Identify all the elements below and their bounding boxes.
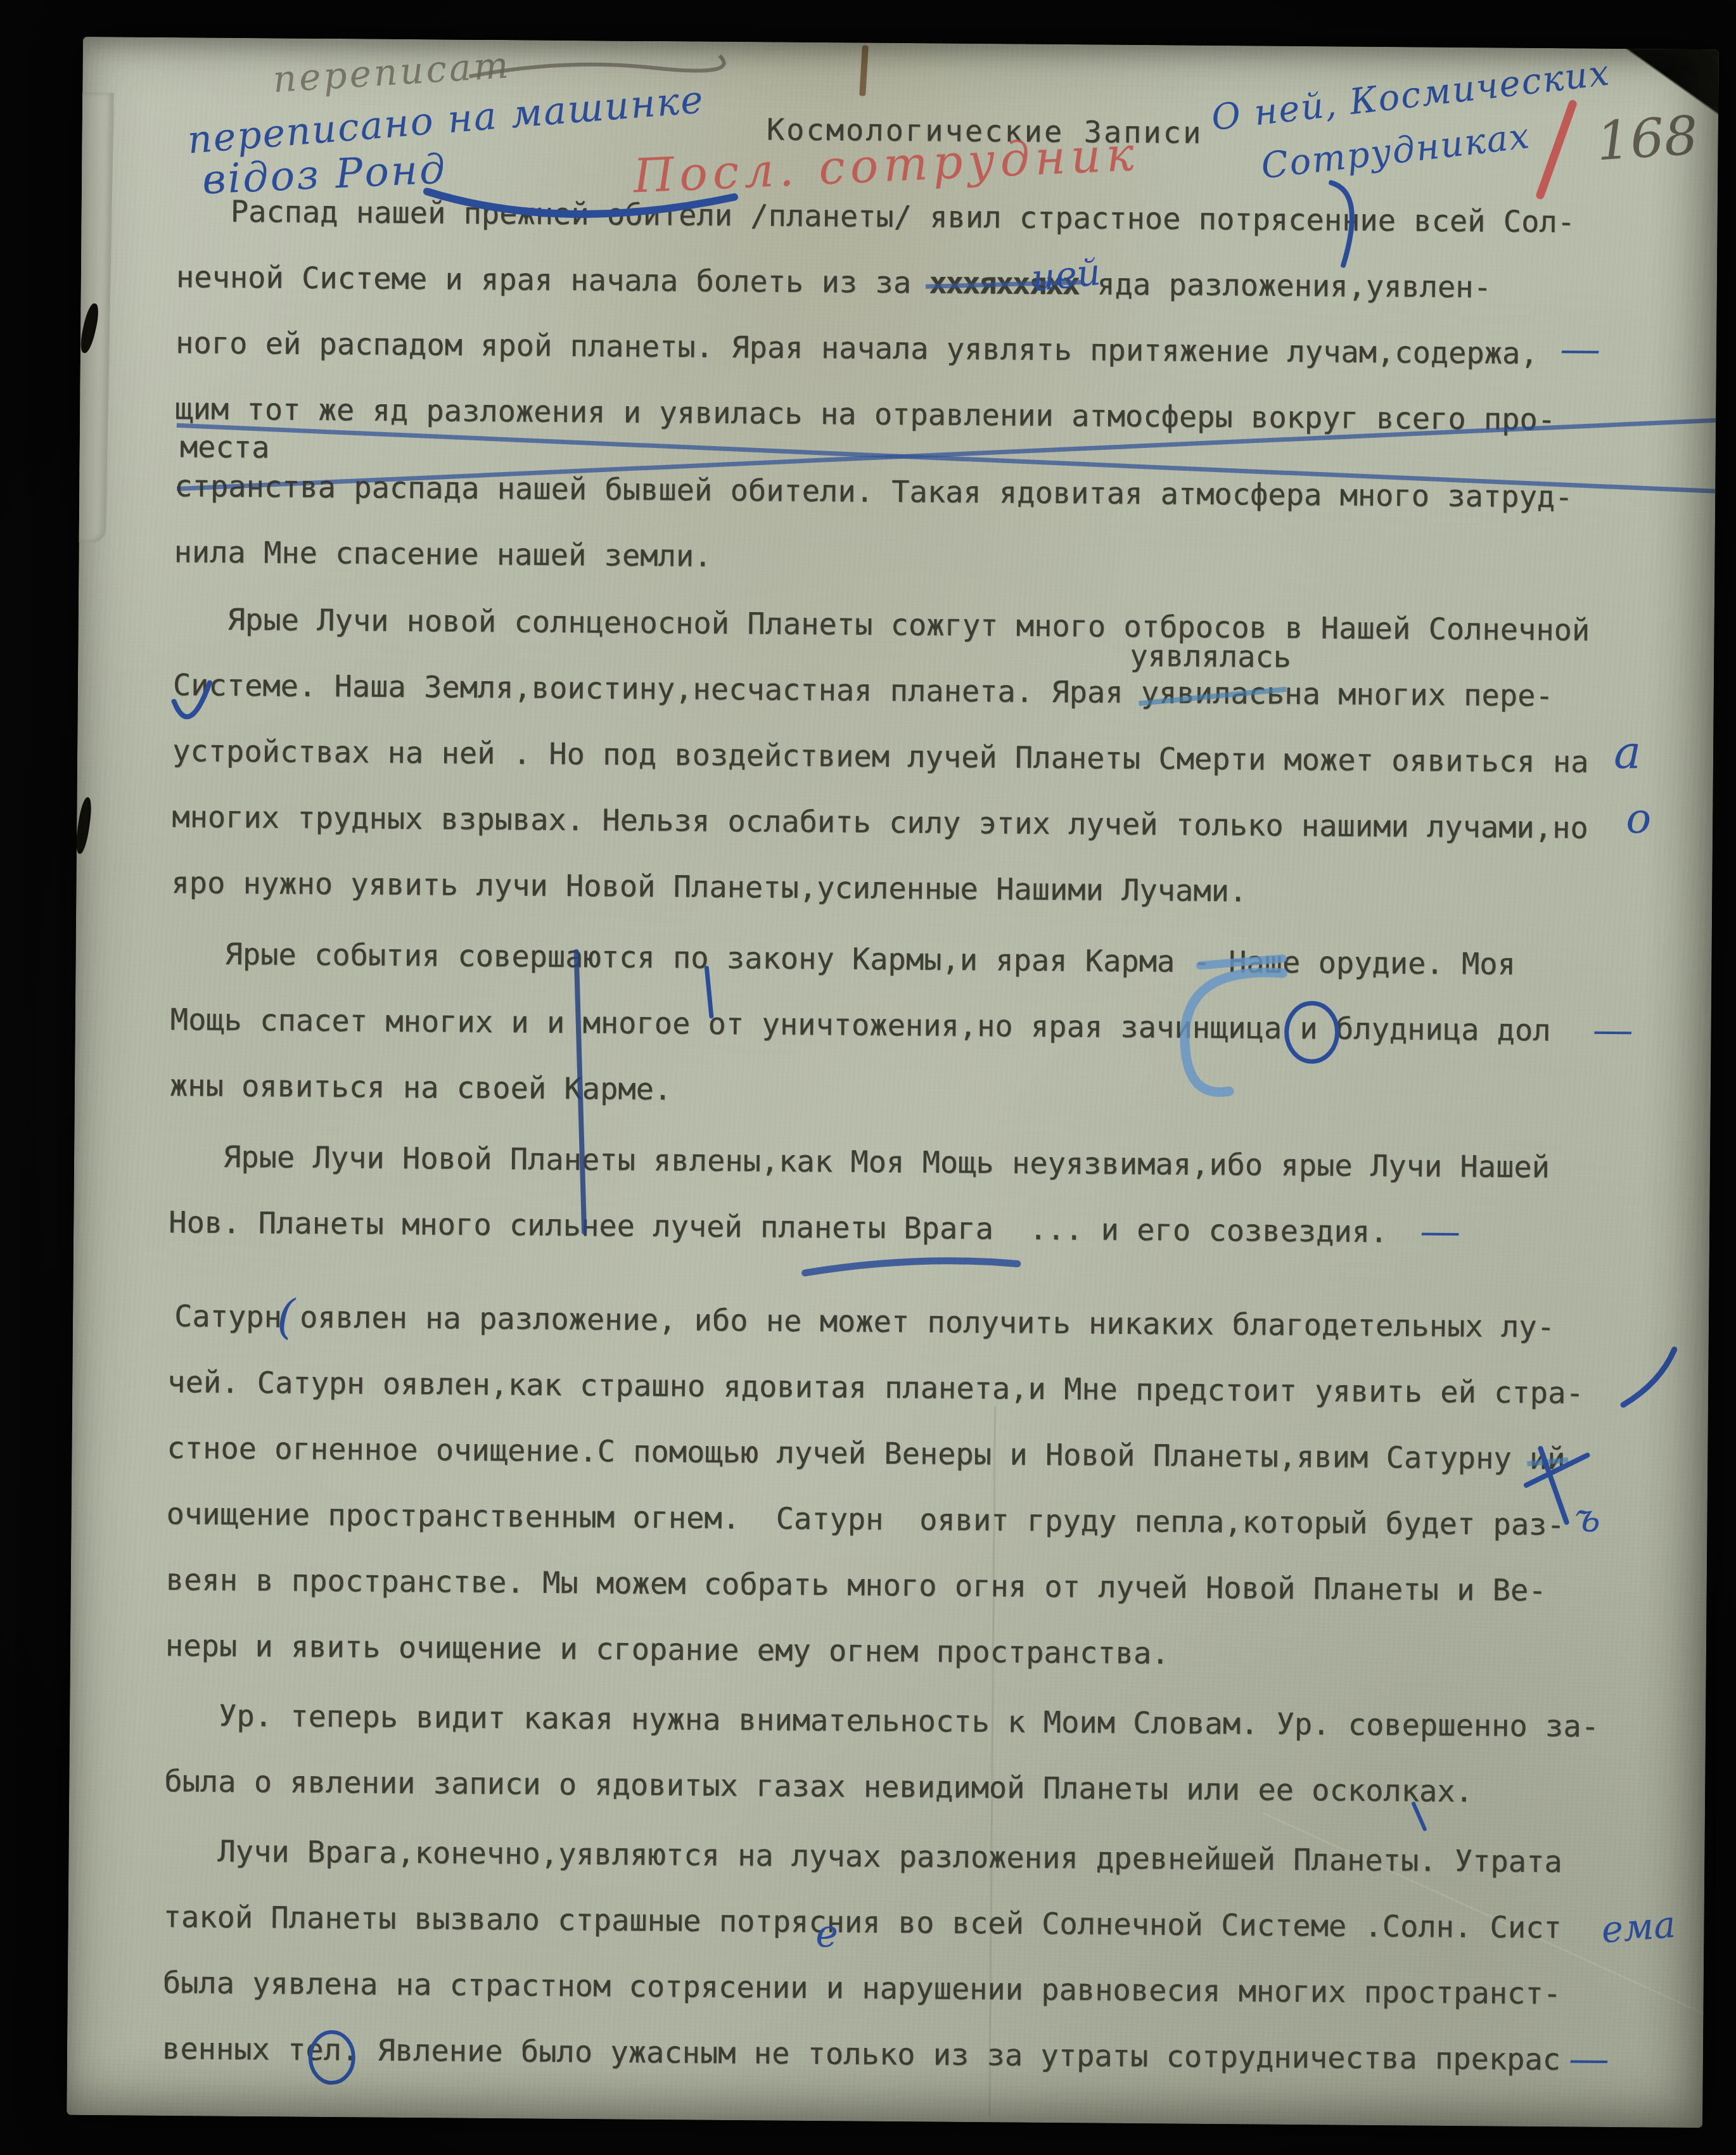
scan-background: Космологические Записи 168 переписат пер… (0, 0, 1736, 2155)
typed-text: ния во всей Солнечной Системе .Солн. Сис… (826, 1905, 1562, 1945)
typed-line: была о явлении записи о ядовитых газах н… (164, 1765, 1473, 1809)
blue-ink-insert: ией (1030, 250, 1102, 300)
typed-line: Ярые события совершаются по закону Кармы… (224, 938, 1516, 982)
typed-line: Распад нашей прежней обители /планеты/ я… (231, 195, 1576, 240)
blue-ink-dash: — (1420, 1208, 1461, 1256)
typed-text: такой Планеты вызвало страшные потряс (163, 1900, 826, 1940)
typed-text: стное огненное очищение.С помощью лучей … (167, 1431, 1529, 1476)
typed-line: веян в пространстве. Мы можем собрать мн… (166, 1563, 1547, 1608)
typed-line: Ярые Лучи новой солнценосной Планеты сож… (227, 603, 1590, 648)
typed-line: яро нужно уявить лучи Новой Планеты,усил… (171, 866, 1247, 909)
red-pencil-annotation: Посл. сотрудник (632, 127, 1140, 203)
typed-line: Системе. Наша Земля,воистину,несчастная … (173, 668, 1554, 713)
blue-ink-insert: е (815, 1912, 838, 1956)
blue-ink-insert: ъ (1574, 1494, 1600, 1540)
typed-line: очищение пространственным огнем. Сатурн … (166, 1497, 1564, 1542)
typed-line: чей. Сатурн оявлен,как страшно ядовитая … (167, 1365, 1584, 1411)
binding-hole (74, 796, 94, 855)
typed-line: Лучи Врага,конечно,уявляются на лучах ра… (217, 1835, 1562, 1880)
blue-ink-top-right-line1: О ней, Космических (1209, 52, 1612, 139)
blue-ink-dash: — (1569, 2035, 1610, 2083)
typed-text: Системе. Наша Земля,воистину,несчастная … (173, 668, 1141, 710)
blue-ink-dash: — (1592, 1007, 1633, 1054)
typed-line: неры и явить очищение и сгорание ему огн… (165, 1629, 1170, 1671)
blue-scribble-line (805, 1260, 1018, 1275)
blue-ink-dash: — (1560, 326, 1601, 373)
typed-line: Сатурн оявлен на разложение, ибо не може… (174, 1300, 1555, 1345)
typed-line: Ярые Лучи Новой Планеты явлены,как Моя М… (223, 1141, 1550, 1185)
typed-line: нила Мне спасение нашей земли. (174, 535, 712, 574)
typed-line: Ур. теперь видит какая нужна внимательно… (219, 1699, 1599, 1744)
typed-strikeout: уявилась (1141, 675, 1285, 712)
typed-text: нечной Системе и ярая начала болеть из з… (176, 260, 929, 300)
typed-line: стное огненное очищение.С помощью лучей … (167, 1431, 1565, 1476)
blue-check-mark (1623, 1349, 1675, 1405)
typed-line: устройствах на ней . Но под воздействием… (172, 734, 1589, 780)
blue-ink-insert: ема (1600, 1903, 1677, 1952)
typed-text: на многих пере- (1284, 677, 1554, 713)
typed-line: венных тел. Явление было ужасным не толь… (162, 2032, 1560, 2077)
pencil-annotation: переписат (272, 43, 512, 101)
red-slash-mark (1540, 104, 1573, 195)
typed-text: яда разложения,уявлен- (1079, 267, 1491, 305)
typed-line: щим тот же яд разложения и уявилась на о… (175, 392, 1555, 437)
blue-ink-insert: о (1626, 794, 1651, 843)
typed-strikeout: ий (1529, 1442, 1566, 1476)
ink-stain (859, 45, 869, 96)
typed-line: такой Планеты вызвало страшные потрясния… (163, 1900, 1561, 1945)
typed-line: Мощь спасет многих и и многое от уничтож… (170, 1003, 1551, 1048)
typed-line: жны оявиться на своей Карме. (170, 1069, 672, 1107)
typed-insert-above: уявлялась (1130, 639, 1291, 675)
typed-line: многих трудных взрывах. Нельзя ослабить … (172, 800, 1588, 846)
typed-line: Нов. Планеты много сильнее лучей планеты… (169, 1206, 1388, 1250)
typed-line: нечной Системе и ярая начала болеть из з… (176, 260, 1491, 305)
document-page: Космологические Записи 168 переписат пер… (67, 37, 1719, 2128)
typed-line: ного ей распадом ярой планеты. Ярая нача… (176, 326, 1538, 371)
typed-line: была уявлена на страстном сотрясении и н… (163, 1966, 1561, 2011)
blue-ink-insert: а (1614, 726, 1642, 779)
page-number: 168 (1595, 104, 1700, 172)
blue-ink-insert: ( (277, 1289, 296, 1344)
